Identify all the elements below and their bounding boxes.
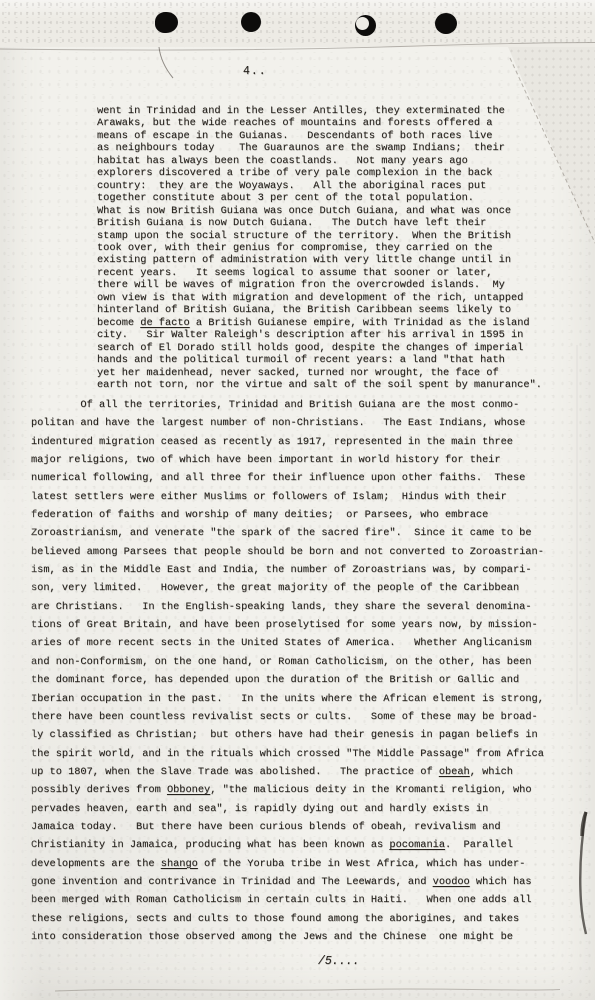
text-line: aries of more recent sects in the United… — [31, 634, 544, 652]
page-number: 4.. — [243, 65, 267, 78]
text-line: been merged with Roman Catholicism in ce… — [31, 891, 544, 909]
text-line: numerical following, and all three for t… — [31, 469, 544, 487]
text-line: indentured migration ceased as recently … — [31, 433, 544, 451]
punch-hole-mark — [435, 13, 457, 34]
text-line: took over, with their genius for comprom… — [97, 242, 542, 254]
text-line: there have been countless revivalist sec… — [31, 708, 544, 726]
edge-smudge-mark — [580, 812, 586, 934]
text-line: yet her maidenhead, never sacked, turned… — [97, 367, 542, 379]
text-line: into consideration those observed among … — [31, 928, 544, 946]
body-paragraph: Of all the territories, Trinidad and Bri… — [31, 396, 544, 946]
text-line: country: they are the Woyaways. All the … — [97, 180, 542, 192]
text-line: believed among Parsees that people shoul… — [31, 543, 544, 561]
text-line: habitat has always been the coastlands. … — [97, 155, 542, 167]
punch-hole-mark — [155, 12, 178, 33]
text-line: means of escape in the Guianas. Descenda… — [97, 130, 542, 142]
text-line: up to 1807, when the Slave Trade was abo… — [31, 763, 544, 781]
punch-hole-crescent-mark — [355, 15, 376, 36]
text-line: went in Trinidad and in the Lesser Antil… — [97, 105, 542, 117]
binder-strip — [0, 0, 595, 47]
text-line: major religions, two of which have been … — [31, 451, 544, 469]
text-line: search of El Dorado still holds good, de… — [97, 342, 542, 354]
text-line: hinterland of British Guiana, the Britis… — [97, 304, 542, 316]
text-line: own view is that with migration and deve… — [97, 292, 542, 304]
text-line: there will be waves of migration fron th… — [97, 279, 542, 291]
punch-hole-mark — [241, 12, 261, 32]
text-line: ism, as in the Middle East and India, th… — [31, 561, 544, 579]
text-line: Jamaica today. But there have been curio… — [31, 818, 544, 836]
text-line: existing pattern of administration with … — [97, 254, 542, 266]
text-line: developments are the shango of the Yorub… — [31, 855, 544, 873]
text-line: tions of Great Britain, and have been pr… — [31, 616, 544, 634]
text-line: federation of faiths and worship of many… — [31, 506, 544, 524]
text-line: latest settlers were either Muslims or f… — [31, 488, 544, 506]
text-line: possibly derives from Obboney, "the mali… — [31, 781, 544, 799]
scanned-typewritten-page: 4.. went in Trinidad and in the Lesser A… — [0, 0, 595, 1000]
text-line: ly classified as Christian; but others h… — [31, 726, 544, 744]
text-line: the spirit world, and in the rituals whi… — [31, 745, 544, 763]
edge-smudge-mark — [582, 812, 586, 836]
text-line: explorers discovered a tribe of very pal… — [97, 167, 542, 179]
text-line: become de facto a British Guianese empir… — [97, 317, 542, 329]
text-line: Arawaks, but the wide reaches of mountai… — [97, 117, 542, 129]
text-line: son, very limited. However, the great ma… — [31, 579, 544, 597]
text-line: politan and have the largest number of n… — [31, 414, 544, 432]
text-line: Zoroastrianism, and venerate "the spark … — [31, 524, 544, 542]
text-line: as neighbours today The Guaraunos are th… — [97, 142, 542, 154]
text-line: hands and the political turmoil of recen… — [97, 354, 542, 366]
text-line: British Guiana is now Dutch Guiana. The … — [97, 217, 542, 229]
fold-tick-line — [159, 47, 173, 78]
text-line: gone invention and contrivance in Trinid… — [31, 873, 544, 891]
text-line: pervades heaven, earth and sea", is rapi… — [31, 800, 544, 818]
text-line: stamp upon the social structure of the t… — [97, 230, 542, 242]
text-line: Christianity in Jamaica, producing what … — [31, 836, 544, 854]
text-line: these religions, sects and cults to thos… — [31, 910, 544, 928]
text-line: the dominant force, has depended upon th… — [31, 671, 544, 689]
text-line: Of all the territories, Trinidad and Bri… — [31, 396, 544, 414]
text-line: city. Sir Walter Raleigh's description a… — [97, 329, 542, 341]
text-line: What is now British Guiana was once Dutc… — [97, 205, 542, 217]
text-line: and non-Conformism, on the one hand, or … — [31, 653, 544, 671]
paper-sheet: 4.. went in Trinidad and in the Lesser A… — [0, 0, 595, 1000]
text-line: earth not torn, nor the virtue and salt … — [97, 379, 542, 391]
text-line: Iberian occupation in the past. In the u… — [31, 690, 544, 708]
bottom-scan-line — [55, 989, 560, 991]
page-continuation-mark: /5.... — [318, 955, 359, 968]
text-line: are Christians. In the English-speaking … — [31, 598, 544, 616]
text-line: recent years. It seems logical to assume… — [97, 267, 542, 279]
text-line: together constitute about 3 per cent of … — [97, 192, 542, 204]
quoted-paragraph: went in Trinidad and in the Lesser Antil… — [97, 105, 542, 391]
